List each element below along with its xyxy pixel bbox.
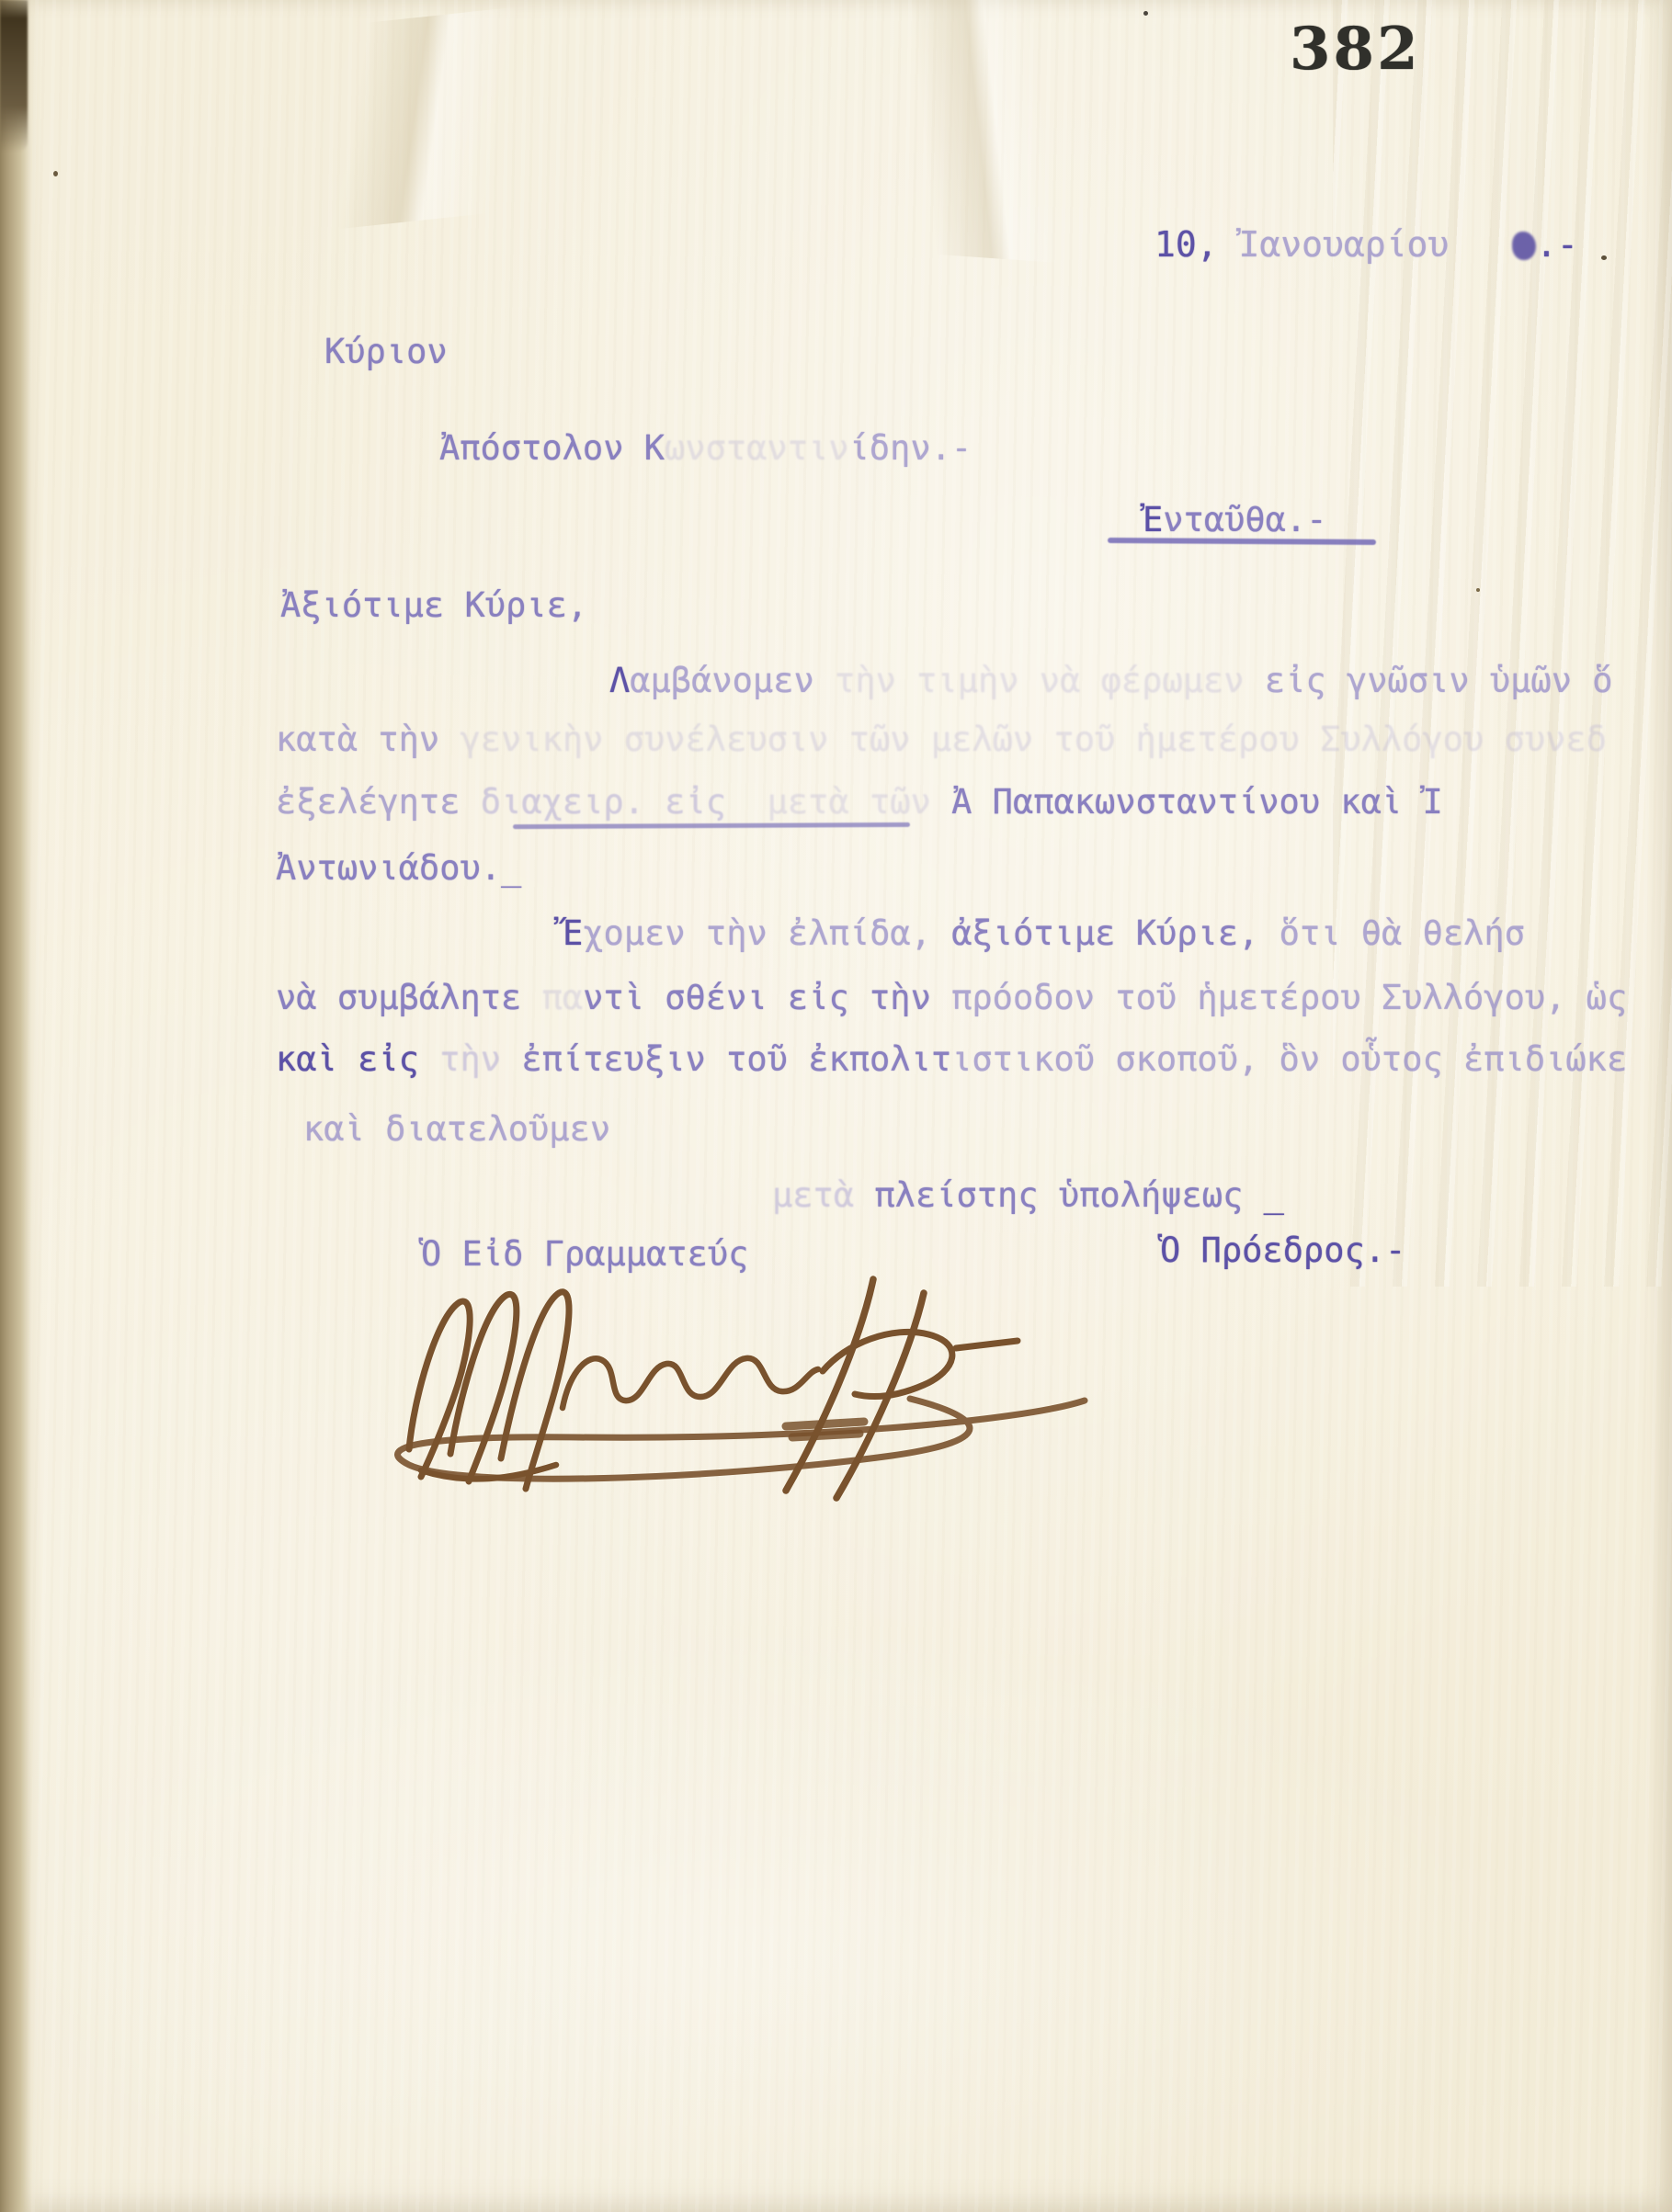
date-day: 10, xyxy=(1154,224,1218,265)
body-line: Ἀντωνιάδου._ xyxy=(276,847,521,890)
location-underline xyxy=(1108,538,1376,545)
binding-corner-stain xyxy=(0,0,28,152)
body-line: Ἔχομεν τὴν ἐλπίδα, ἀξιότιμε Κύριε, ὅτι θ… xyxy=(563,913,1525,955)
paper-crease xyxy=(0,1562,1672,2212)
paper-crease xyxy=(47,0,781,257)
handwritten-signature xyxy=(322,1261,1112,1509)
president-title: Ὁ Πρόεδρος.- xyxy=(1160,1230,1405,1272)
recipient-name: Ἀπόστολον Κωνσταντινίδην.- xyxy=(439,427,972,470)
body-line: καὶ εἰς τὴν ἐπίτευξιν τοῦ ἐκπολιτιστικοῦ… xyxy=(276,1038,1627,1081)
salutation: Ἀξιότιμε Κύριε, xyxy=(280,584,587,627)
scanned-letter-page: 382 10, Ἰανουαρίου .- Κύριον Ἀπόστολον Κ… xyxy=(0,0,1672,2212)
body-line: κατὰ τὴν γενικὴν συνέλευσιν τῶν μελῶν το… xyxy=(276,719,1607,761)
paper-speck xyxy=(1601,255,1607,260)
date-month: Ἰανουαρίου xyxy=(1239,224,1450,265)
body-line: νὰ συμβάλητε παντὶ σθένι εἰς τὴν πρόοδον… xyxy=(276,977,1627,1019)
body-line: Λαμβάνομεν τὴν τιμὴν νὰ φέρωμεν εἰς γνῶσ… xyxy=(609,660,1613,702)
recipient-title: Κύριον xyxy=(324,331,448,373)
paper-speck xyxy=(53,171,58,176)
paper-speck xyxy=(1143,11,1148,16)
ink-smudge xyxy=(1512,232,1536,260)
recipient-location: Ἐνταῦθα.- xyxy=(1143,499,1327,541)
date-line: 10, Ἰανουαρίου .- xyxy=(1154,223,1578,267)
paper-crease xyxy=(1333,0,1672,1287)
elected-underline xyxy=(513,822,910,829)
body-line: καὶ διατελοῦμεν xyxy=(303,1108,610,1151)
binding-edge xyxy=(0,0,42,2212)
body-line: ἐξελέγητε διαχειρ. εἰς μετὰ τῶν Ἀ Παπακω… xyxy=(276,781,1443,823)
paper-speck xyxy=(1476,588,1480,592)
date-suffix: .- xyxy=(1536,224,1578,265)
closing-line: μετὰ πλείστης ὑπολήψεως _ xyxy=(772,1174,1284,1217)
page-number: 382 xyxy=(1290,15,1421,84)
